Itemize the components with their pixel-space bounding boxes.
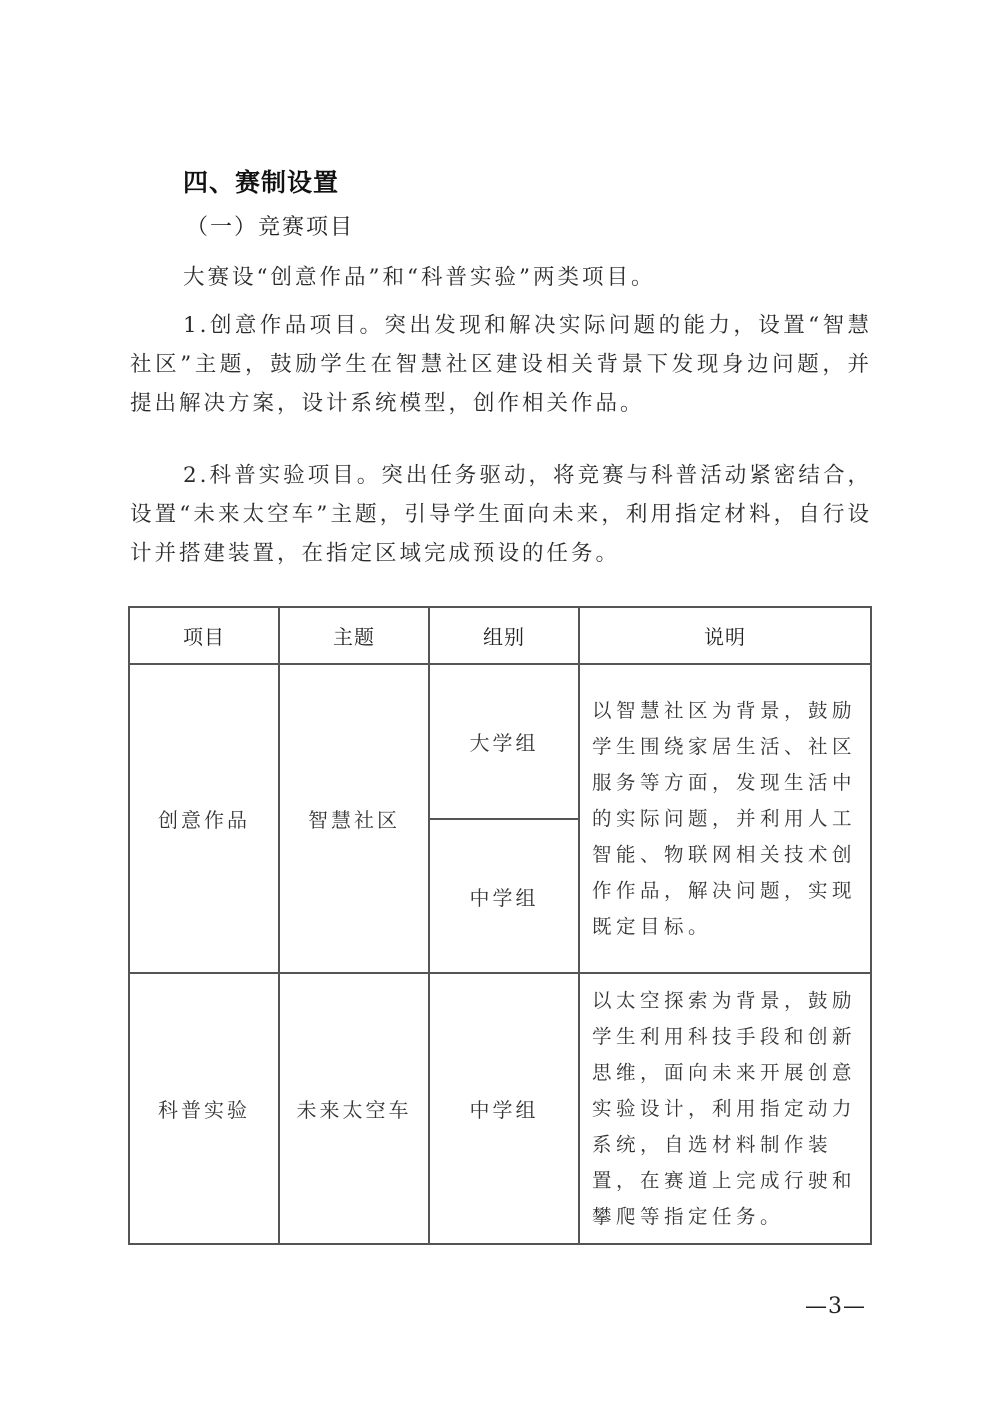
cell-project: 创意作品 [129,664,279,973]
cell-group: 大学组 [429,664,579,819]
cell-group: 中学组 [429,973,579,1244]
cell-description: 以太空探索为背景，鼓励学生利用科技手段和创新思维，面向未来开展创意实验设计，利用… [579,973,871,1244]
section-heading: 四、赛制设置 [183,163,339,199]
cell-group: 中学组 [429,819,579,973]
cell-theme: 未来太空车 [279,973,429,1244]
table-header-row: 项目 主题 组别 说明 [129,607,871,664]
page-number: —3— [805,1294,866,1319]
creative-works-paragraph: 1.创意作品项目。突出发现和解决实际问题的能力，设置“智慧社区”主题，鼓励学生在… [130,306,872,423]
science-experiment-paragraph: 2.科普实验项目。突出任务驱动，将竞赛与科普活动紧密结合，设置“未来太空车”主题… [130,456,872,573]
subsection-heading: （一）竞赛项目 [186,210,354,241]
header-project: 项目 [129,607,279,664]
cell-description: 以智慧社区为背景，鼓励学生围绕家居生活、社区服务等方面，发现生活中的实际问题，并… [579,664,871,973]
header-group: 组别 [429,607,579,664]
competition-table: 项目 主题 组别 说明 创意作品 智慧社区 大学组 以智慧社区为背景，鼓励学生围… [128,606,872,1245]
cell-theme: 智慧社区 [279,664,429,973]
table-row: 科普实验 未来太空车 中学组 以太空探索为背景，鼓励学生利用科技手段和创新思维，… [129,973,871,1244]
intro-paragraph: 大赛设“创意作品”和“科普实验”两类项目。 [130,258,872,297]
cell-project: 科普实验 [129,973,279,1244]
table-row: 创意作品 智慧社区 大学组 以智慧社区为背景，鼓励学生围绕家居生活、社区服务等方… [129,664,871,819]
header-description: 说明 [579,607,871,664]
header-theme: 主题 [279,607,429,664]
